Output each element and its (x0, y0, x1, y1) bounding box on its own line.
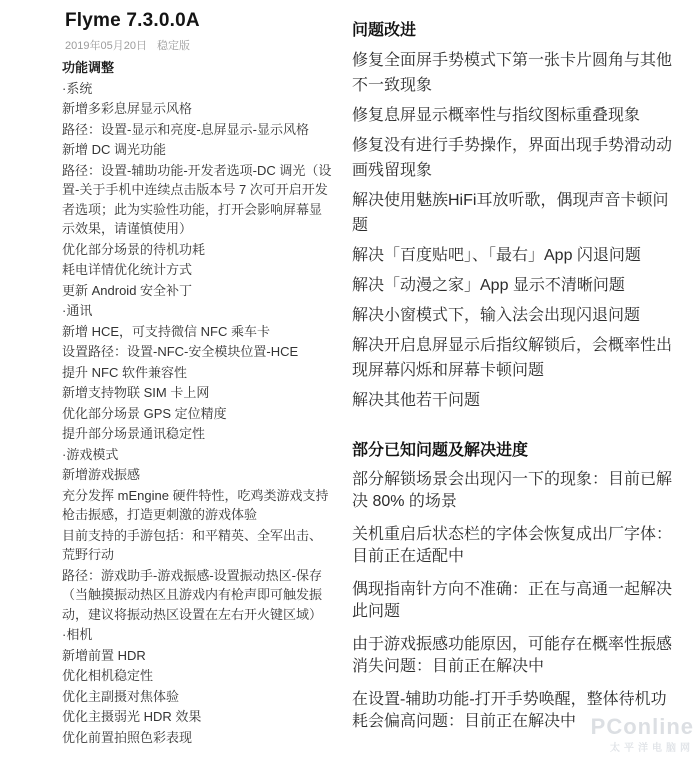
section-problem-improvements: 问题改进 修复全面屏手势模式下第一张卡片圆角与其他不一致现象修复息屏显示概率性与… (352, 18, 676, 413)
feature-item: 路径：设置-辅助功能-开发者选项-DC 调光（设置-关于手机中连续点击版本号 7… (62, 161, 334, 239)
problem-improvements-list: 修复全面屏手势模式下第一张卡片圆角与其他不一致现象修复息屏显示概率性与指纹图标重… (352, 48, 676, 413)
feature-adjustments-title: 功能调整 (62, 58, 334, 78)
known-issue-item: 关机重启后状态栏的字体会恢复成出厂字体：目前正在适配中 (352, 524, 676, 568)
known-issue-item: 由于游戏振感功能原因，可能存在概率性振感消失问题：目前正在解决中 (352, 634, 676, 678)
feature-item: 设置路径：设置-NFC-安全模块位置-HCE (62, 342, 334, 362)
improvement-item: 解决开启息屏显示后指纹解锁后，会概率性出现屏幕闪烁和屏幕卡顿问题 (352, 333, 676, 383)
watermark-subtext: 太平洋电脑网 (591, 739, 694, 754)
feature-item: ·通讯 (62, 301, 334, 321)
feature-item: 新增前置 HDR (62, 646, 334, 666)
feature-item: 充分发挥 mEngine 硬件特性，吃鸡类游戏支持枪击振感，打造更刺激的游戏体验 (62, 486, 334, 525)
feature-item: 耗电详情优化统计方式 (62, 260, 334, 280)
feature-item: 优化主副摄对焦体验 (62, 687, 334, 707)
feature-item: 新增 DC 调光功能 (62, 140, 334, 160)
release-date: 2019年05月20日 (65, 40, 147, 52)
release-channel: 稳定版 (157, 40, 190, 52)
improvement-item: 解决「百度贴吧」、「最右」App 闪退问题 (352, 243, 676, 268)
watermark-logo: PConline (591, 716, 694, 738)
feature-item: 目前支持的手游包括：和平精英、全军出击、荒野行动 (62, 526, 334, 565)
problem-improvements-column: 问题改进 修复全面屏手势模式下第一张卡片圆角与其他不一致现象修复息屏显示概率性与… (352, 18, 676, 744)
feature-item: 新增支持物联 SIM 卡上网 (62, 383, 334, 403)
feature-item: 优化部分场景 GPS 定位精度 (62, 404, 334, 424)
feature-item: 优化相机稳定性 (62, 666, 334, 686)
section-known-issues: 部分已知问题及解决进度 部分解锁场景会出现闪一下的现象：目前已解决 80% 的场… (352, 440, 676, 733)
known-issue-item: 部分解锁场景会出现闪一下的现象：目前已解决 80% 的场景 (352, 469, 676, 513)
feature-item: 优化前置拍照色彩表现 (62, 728, 334, 748)
improvement-item: 修复息屏显示概率性与指纹图标重叠现象 (352, 103, 676, 128)
page-header: Flyme 7.3.0.0A 2019年05月20日稳定版 (65, 10, 200, 53)
problem-improvements-title: 问题改进 (352, 18, 676, 43)
feature-item: 更新 Android 安全补丁 (62, 281, 334, 301)
feature-list: ·系统新增多彩息屏显示风格路径：设置-显示和亮度-息屏显示-显示风格新增 DC … (62, 79, 334, 748)
feature-item: 提升部分场景通讯稳定性 (62, 424, 334, 444)
improvement-item: 修复没有进行手势操作，界面出现手势滑动动画残留现象 (352, 133, 676, 183)
feature-item: ·系统 (62, 79, 334, 99)
feature-item: ·游戏模式 (62, 445, 334, 465)
watermark: PConline 太平洋电脑网 (591, 716, 694, 754)
known-issue-item: 偶现指南针方向不准确：正在与高通一起解决此问题 (352, 579, 676, 623)
known-issues-title: 部分已知问题及解决进度 (352, 440, 676, 462)
improvement-item: 解决「动漫之家」App 显示不清晰问题 (352, 273, 676, 298)
feature-item: ·相机 (62, 625, 334, 645)
feature-item: 优化主摄弱光 HDR 效果 (62, 707, 334, 727)
feature-item: 路径：设置-显示和亮度-息屏显示-显示风格 (62, 120, 334, 140)
release-meta: 2019年05月20日稳定版 (65, 37, 200, 53)
improvement-item: 解决小窗模式下，输入法会出现闪退问题 (352, 303, 676, 328)
feature-item: 路径：游戏助手-游戏振感-设置振动热区-保存（当触摸振动热区且游戏内有枪声即可触… (62, 566, 334, 625)
feature-adjustments-column: 功能调整 ·系统新增多彩息屏显示风格路径：设置-显示和亮度-息屏显示-显示风格新… (62, 58, 334, 748)
feature-item: 新增多彩息屏显示风格 (62, 99, 334, 119)
feature-item: 新增游戏振感 (62, 465, 334, 485)
improvement-item: 解决使用魅族HiFi耳放听歌，偶现声音卡顿问题 (352, 188, 676, 238)
known-issues-list: 部分解锁场景会出现闪一下的现象：目前已解决 80% 的场景关机重启后状态栏的字体… (352, 469, 676, 733)
improvement-item: 修复全面屏手势模式下第一张卡片圆角与其他不一致现象 (352, 48, 676, 98)
feature-item: 提升 NFC 软件兼容性 (62, 363, 334, 383)
feature-item: 优化部分场景的待机功耗 (62, 240, 334, 260)
page-title: Flyme 7.3.0.0A (65, 10, 200, 32)
feature-item: 新增 HCE，可支持微信 NFC 乘车卡 (62, 322, 334, 342)
improvement-item: 解决其他若干问题 (352, 388, 676, 413)
